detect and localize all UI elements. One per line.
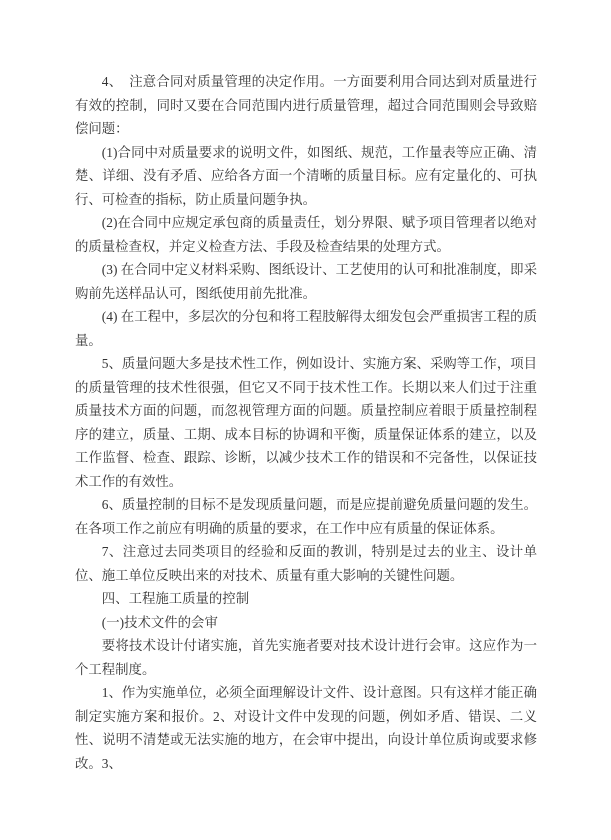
paragraph-review-as-system: 要将技术设计付诸实施，首先实施者要对技术设计进行会审。这应作为一个工程制度。: [75, 634, 537, 681]
paragraph-item-3-approval-system: (3) 在合同中定义材料采购、图纸设计、工艺使用的认可和批准制度，即采购前先送样…: [75, 258, 537, 305]
paragraph-item-2-contractor-responsibility: (2)在合同中应规定承包商的质量责任，划分界限、赋予项目管理者以绝对的质量检查权…: [75, 211, 537, 258]
document-page: 4、 注意合同对质量管理的决定作用。一方面要利用合同达到对质量进行有效的控制，同…: [75, 70, 537, 775]
subsection-heading-technical-document-review: (一)技术文件的会审: [75, 611, 537, 635]
paragraph-7-past-lessons: 7、注意过去同类项目的经验和反面的教训，特别是过去的业主、设计单位、施工单位反映…: [75, 540, 537, 587]
paragraph-item-4-subcontracting: (4) 在工程中，多层次的分包和将工程肢解得太细发包会严重损害工程的质量。: [75, 305, 537, 352]
paragraph-implementation-unit: 1、作为实施单位，必须全面理解设计文件、设计意图。只有这样才能正确制定实施方案和…: [75, 681, 537, 775]
section-heading-construction-quality-control: 四、工程施工质量的控制: [75, 587, 537, 611]
paragraph-5-technical-work: 5、质量问题大多是技术性工作，例如设计、实施方案、采购等工作，项目的质量管理的技…: [75, 352, 537, 493]
paragraph-item-1-quality-docs: (1)合同中对质量要求的说明文件，如图纸、规范，工作量表等应正确、清楚、详细、没…: [75, 141, 537, 212]
paragraph-4-contract-role: 4、 注意合同对质量管理的决定作用。一方面要利用合同达到对质量进行有效的控制，同…: [75, 70, 537, 141]
paragraph-6-quality-control-goal: 6、质量控制的目标不是发现质量问题，而是应提前避免质量问题的发生。在各项工作之前…: [75, 493, 537, 540]
